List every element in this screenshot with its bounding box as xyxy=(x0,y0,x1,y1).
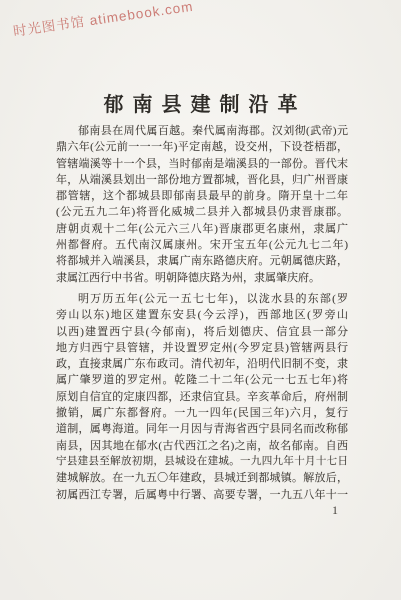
page-title: 郁南县建制沿革 xyxy=(0,88,401,117)
text-line: 政，直接隶属广东布政司。清代初年，沿明代旧制不变，隶 xyxy=(56,356,348,372)
text-line: 旁山以东)地区建置东安县(今云浮)，西部地区(罗旁山 xyxy=(56,307,348,323)
watermark: 时光图书馆 atimebook.com xyxy=(12,0,195,40)
text-line: 将都城并入端溪县，隶属广南东路德庆府。元朝属德庆路， xyxy=(56,253,348,269)
text-line: 属广肇罗道的罗定州。乾隆二十二年(公元一七五七年)将 xyxy=(56,372,348,388)
text-line: 宁县建县至解放初期，县城设在建城。一九四九年十月十七日 xyxy=(56,454,348,470)
text-line: 建城解放。在一九五〇年建政，县城迁到都城镇。解放后， xyxy=(56,470,348,486)
text-line: 郡管辖，这个都城县即郁南县最早的前身。隋开皇十二年 xyxy=(56,188,348,204)
text-line: 撤销，属广东都督府。一九一四年(民国三年)六月，复行 xyxy=(56,405,348,421)
text-line: 以西)建置西宁县(今郁南)，将后划德庆、信宜县一部分 xyxy=(56,324,348,340)
text-line: 南县，因其地在郁水(古代西江之名)之南，故名郁南。自西 xyxy=(56,438,348,454)
text-line: 明万历五年(公元一五七七年)，以泷水县的东部(罗 xyxy=(56,291,348,307)
text-line: 原划自信宜的定康四都，还隶信宜县。辛亥革命后，府州制 xyxy=(56,389,348,405)
text-line: 地方归西宁县管辖，并设置罗定州(今罗定县)管辖两县行 xyxy=(56,340,348,356)
text-line: 鼎六年(公元前一一一年)平定南越，设交州，下设苍梧郡， xyxy=(56,139,348,155)
text-line: (公元五九二年)将晋化威城二县并入都城县仍隶晋康郡。 xyxy=(56,204,348,220)
body-text: 郁南县在周代属百越。秦代属南海郡。汉刘彻(武帝)元 鼎六年(公元前一一一年)平定… xyxy=(56,123,348,503)
scanned-book-page: 时光图书馆 atimebook.com 郁南县建制沿革 郁南县在周代属百越。秦代… xyxy=(0,0,401,600)
text-line: 隶属江西行中书省。明朝降德庆路为州，隶属肇庆府。 xyxy=(56,270,348,286)
text-line: 管辖端溪等十一个县，当时郁南是端溪县的一部份。晋代末 xyxy=(56,156,348,172)
text-line: 州都督府。五代南汉属康州。宋开宝五年(公元九七二年) xyxy=(56,237,348,253)
text-line: 道制，属粤海道。同年一月因与青海省西宁县同名而改称郁 xyxy=(56,421,348,437)
page-number: 1 xyxy=(332,503,338,518)
text-line: 年，从端溪县划出一部份地方置都城，晋化县，归广州晋康 xyxy=(56,172,348,188)
text-line: 郁南县在周代属百越。秦代属南海郡。汉刘彻(武帝)元 xyxy=(56,123,348,139)
text-line: 初属西江专署，后属粤中行署、高要专署，一九五八年十一 xyxy=(56,487,348,503)
text-line: 唐朝贞观十二年(公元六三八年)晋康郡更名康州，隶属广 xyxy=(56,221,348,237)
